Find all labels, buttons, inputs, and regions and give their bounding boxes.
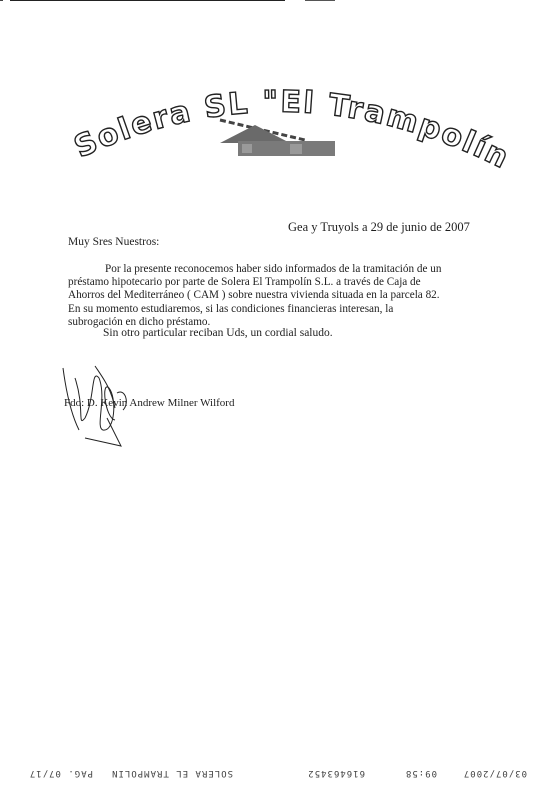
fax-page-number: PAG. 07/17 [29,768,93,778]
signer-name: Fdo: D. Kevin Andrew Milner Wilford [64,397,234,409]
fax-phone: 616463452 [307,768,365,778]
place-and-date: Gea y Truyols a 29 de junio de 2007 [288,220,470,235]
fax-date: 03/07/2007 [463,768,527,778]
fax-time: 09:58 [405,768,437,778]
scan-artifact [0,0,3,1]
body-paragraph: Por la presente reconocemos haber sido i… [68,263,448,329]
fax-sender: SOLERA EL TRAMPOLIN [111,768,233,778]
fax-transmission-header: 03/07/2007 09:58 616463452 SOLERA EL TRA… [0,764,533,778]
scan-edge-line [10,0,285,1]
letter-body: Por la presente reconocemos haber sido i… [68,263,448,329]
salutation: Muy Sres Nuestros: [68,236,159,248]
scan-edge-line [305,0,335,1]
closing-line: Sin otro particular reciban Uds, un cord… [103,327,333,339]
letterhead-logo: Solera SL "El Trampolín" [60,80,520,200]
company-name-arc: Solera SL "El Trampolín" [60,80,515,176]
house-roof-icon: Solera SL "El Trampolín" [60,80,520,200]
house-graphic [220,120,335,156]
